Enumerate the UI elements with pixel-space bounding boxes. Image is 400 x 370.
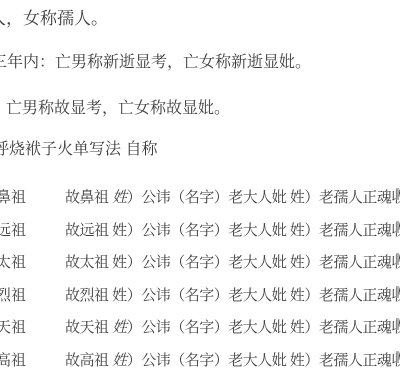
document-page: 人，女称孺人。 三年内：亡男称新逝显考，亡女称新逝显妣。 ：亡男称故显考，亡女称… xyxy=(0,0,400,370)
surname-placeholder: 姓 xyxy=(112,222,127,239)
formula-pre: 故太祖 xyxy=(65,254,112,271)
formula-post: ）公讳（名字）老大人妣 姓）老孺人正魂收用 xyxy=(127,352,400,369)
surname-placeholder: 姓 xyxy=(112,254,127,271)
generation-term: 高祖 xyxy=(0,349,26,370)
table-row: 烈祖 故烈祖 姓）公讳（名字）老大人妣 姓）老孺人正魂收用 xyxy=(0,284,400,301)
generation-term: 天祖 xyxy=(0,316,26,337)
formula-pre: 故远祖 xyxy=(65,222,112,239)
formula-text: 故鼻祖 姓）公讳（名字）老大人妣 姓）老孺人正魂收用 xyxy=(65,186,400,207)
paragraph-line-3: ：亡男称故显考，亡女称故显妣。 xyxy=(0,99,230,118)
formula-pre: 故烈祖 xyxy=(65,287,112,304)
formula-post: ）公讳（名字）老大人妣 姓）老孺人正魂收用 xyxy=(127,189,400,206)
table-row: 鼻祖 故鼻祖 姓）公讳（名字）老大人妣 姓）老孺人正魂收用 xyxy=(0,186,400,203)
table-row: 高祖 故高祖 姓）公讳（名字）老大人妣 姓）老孺人正魂收用 xyxy=(0,349,400,366)
clipped-text-fragment xyxy=(396,221,399,233)
surname-placeholder: 姓 xyxy=(112,319,127,336)
clipped-text-fragment xyxy=(396,318,399,330)
formula-text: 故天祖 姓）公讳（名字）老大人妣 姓）老孺人正魂收用 xyxy=(65,316,400,337)
paragraph-line-1: 人，女称孺人。 xyxy=(0,9,108,29)
surname-placeholder: 姓 xyxy=(112,352,127,369)
formula-post: ）公讳（名字）老大人妣 姓）老孺人正魂收用 xyxy=(127,287,400,304)
generation-term: 远祖 xyxy=(0,219,26,240)
formula-post: ）公讳（名字）老大人妣 姓）老孺人正魂收用 xyxy=(127,222,400,239)
formula-post: ）公讳（名字）老大人妣 姓）老孺人正魂收用 xyxy=(127,254,400,271)
section-heading: 呼烧袱子火单写法 自称 xyxy=(0,140,157,159)
paragraph-line-2: 三年内：亡男称新逝显考，亡女称新逝显妣。 xyxy=(0,53,311,72)
formula-pre: 故高祖 xyxy=(65,352,112,369)
clipped-text-fragment xyxy=(396,286,399,298)
clipped-text-fragment xyxy=(396,253,399,265)
surname-placeholder: 姓 xyxy=(112,189,127,206)
formula-text: 故远祖 姓）公讳（名字）老大人妣 姓）老孺人正魂收用 xyxy=(65,219,400,240)
formula-text: 故烈祖 姓）公讳（名字）老大人妣 姓）老孺人正魂收用 xyxy=(65,284,400,305)
formula-pre: 故鼻祖 xyxy=(65,189,112,206)
formula-post: ）公讳（名字）老大人妣 姓）老孺人正魂收用 xyxy=(127,319,400,336)
generation-term: 鼻祖 xyxy=(0,186,26,207)
clipped-text-fragment xyxy=(396,351,399,363)
table-row: 太祖 故太祖 姓）公讳（名字）老大人妣 姓）老孺人正魂收用 xyxy=(0,251,400,268)
surname-placeholder: 姓 xyxy=(112,287,127,304)
table-row: 天祖 故天祖 姓）公讳（名字）老大人妣 姓）老孺人正魂收用 xyxy=(0,316,400,333)
formula-text: 故太祖 姓）公讳（名字）老大人妣 姓）老孺人正魂收用 xyxy=(65,251,400,272)
table-row: 远祖 故远祖 姓）公讳（名字）老大人妣 姓）老孺人正魂收用 xyxy=(0,219,400,236)
clipped-text-fragment xyxy=(396,188,399,200)
formula-pre: 故天祖 xyxy=(65,319,112,336)
formula-text: 故高祖 姓）公讳（名字）老大人妣 姓）老孺人正魂收用 xyxy=(65,349,400,370)
generation-term: 烈祖 xyxy=(0,284,26,305)
generation-term: 太祖 xyxy=(0,251,26,272)
